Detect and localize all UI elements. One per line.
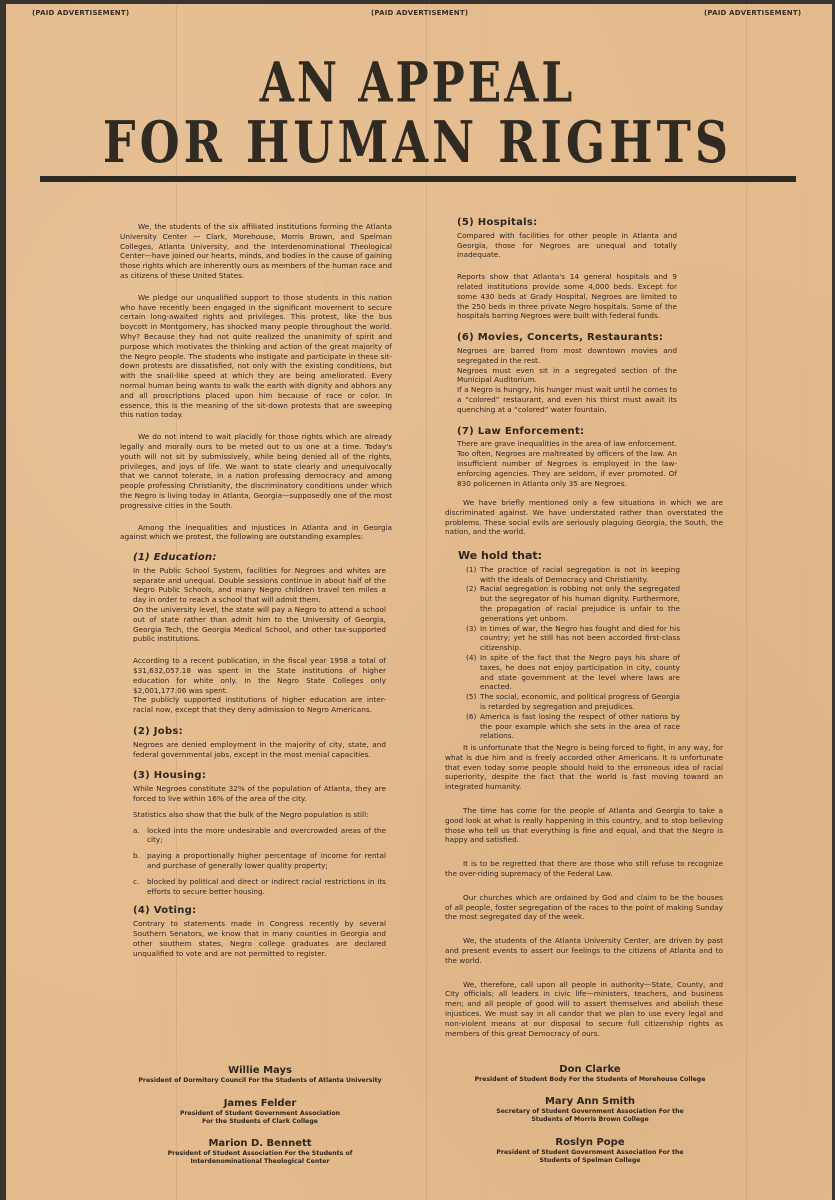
closing-block: It is unfortunate that the Negro is bein… [445, 743, 723, 1050]
grievances-right-column: (5) Hospitals: Compared with facilities … [457, 218, 677, 500]
section-paragraph: The publicly supported institutions of h… [133, 695, 386, 715]
we-hold-heading: We hold that: [458, 551, 680, 561]
signatory: James Felder President of Student Govern… [120, 1098, 400, 1126]
list-item: (3)In times of war, the Negro has fought… [466, 624, 680, 653]
signatory: Roslyn Pope President of Student Governm… [440, 1137, 740, 1165]
section-paragraph: On the university level, the state will … [133, 605, 386, 644]
section-heading: (7) Law Enforcement: [457, 427, 677, 437]
list-item: (5)The social, economic, and political p… [466, 692, 680, 712]
intro-paragraph: Among the inequalities and injustices in… [120, 523, 392, 543]
signatory: Don Clarke President of Student Body For… [440, 1064, 740, 1084]
list-item: b.paying a proportionally higher percent… [133, 851, 386, 871]
we-hold-list: (1)The practice of racial segregation is… [458, 565, 680, 741]
grievances-left-column: (1) Education: In the Public School Syst… [133, 553, 386, 970]
paid-advertisement-label: (PAID ADVERTISEMENT) [32, 9, 129, 17]
list-item: (4)In spite of the fact that the Negro p… [466, 653, 680, 692]
section-voting: (4) Voting: Contrary to statements made … [133, 906, 386, 958]
section-heading: (6) Movies, Concerts, Restaurants: [457, 333, 677, 343]
column-divider [746, 4, 747, 1200]
section-heading: (5) Hospitals: [457, 218, 677, 228]
section-heading: (2) Jobs: [133, 727, 386, 737]
section-paragraph: If a Negro is hungry, his hunger must wa… [457, 385, 677, 414]
section-heading: (3) Housing: [133, 771, 386, 781]
list-item: (6)America is fast losing the respect of… [466, 712, 680, 741]
section-housing: (3) Housing: While Negroes constitute 32… [133, 771, 386, 896]
list-item: (2)Racial segregation is robbing not onl… [466, 584, 680, 623]
headline-line-2: FOR HUMAN RIGHTS [0, 108, 835, 176]
list-item: c.blocked by political and direct or ind… [133, 877, 386, 897]
summary-paragraph: We have briefly mentioned only a few sit… [445, 498, 723, 537]
closing-paragraph: It is to be regretted that there are tho… [445, 859, 723, 879]
intro-paragraph: We, the students of the six affiliated i… [120, 222, 392, 281]
section-paragraph: According to a recent publication, in th… [133, 656, 386, 695]
section-heading: (1) Education: [133, 553, 386, 563]
intro-paragraph: We do not intend to wait placidly for th… [120, 432, 392, 510]
section-education: (1) Education: In the Public School Syst… [133, 553, 386, 715]
section-jobs: (2) Jobs: Negroes are denied employment … [133, 727, 386, 759]
section-paragraph: Negroes are denied employment in the maj… [133, 740, 386, 760]
list-item: a.locked into the more undesirable and o… [133, 826, 386, 846]
section-hospitals: (5) Hospitals: Compared with facilities … [457, 218, 677, 321]
intro-paragraph: We pledge our unqualified support to tho… [120, 293, 392, 420]
section-paragraph: While Negroes constitute 32% of the popu… [133, 784, 386, 804]
list-item: (1)The practice of racial segregation is… [466, 565, 680, 585]
summary-block: We have briefly mentioned only a few sit… [445, 498, 723, 549]
headline-line-1: AN APPEAL [0, 52, 835, 116]
section-paragraph: In the Public School System, facilities … [133, 566, 386, 605]
section-paragraph: Negroes must even sit in a segregated se… [457, 366, 677, 386]
section-heading: (4) Voting: [133, 906, 386, 916]
section-paragraph: Reports show that Atlanta's 14 general h… [457, 272, 677, 321]
section-paragraph: There are grave inequalities in the area… [457, 439, 677, 488]
intro-column: We, the students of the six affiliated i… [120, 222, 392, 554]
closing-paragraph: We, the students of the Atlanta Universi… [445, 936, 723, 965]
paid-advertisement-label: (PAID ADVERTISEMENT) [371, 9, 468, 17]
closing-paragraph: It is unfortunate that the Negro is bein… [445, 743, 723, 792]
signatory: Mary Ann Smith Secretary of Student Gove… [440, 1096, 740, 1124]
closing-paragraph: The time has come for the people of Atla… [445, 806, 723, 845]
closing-paragraph: We, therefore, call upon all people in a… [445, 980, 723, 1039]
paid-advertisement-label: (PAID ADVERTISEMENT) [704, 9, 801, 17]
section-paragraph: Negroes are barred from most downtown mo… [457, 346, 677, 366]
column-divider [426, 4, 427, 1200]
section-law-enforcement: (7) Law Enforcement: There are grave ine… [457, 427, 677, 489]
section-paragraph: Statistics also show that the bulk of th… [133, 810, 386, 820]
section-paragraph: Compared with facilities for other peopl… [457, 231, 677, 260]
signatory: Willie Mays President of Dormitory Counc… [120, 1065, 400, 1085]
we-hold-that-block: We hold that: (1)The practice of racial … [458, 551, 680, 741]
housing-list: a.locked into the more undesirable and o… [133, 826, 386, 897]
signatory: Marion D. Bennett President of Student A… [120, 1138, 400, 1166]
closing-paragraph: Our churches which are ordained by God a… [445, 893, 723, 922]
section-paragraph: Contrary to statements made in Congress … [133, 919, 386, 958]
headline-rule [40, 176, 796, 182]
section-movies: (6) Movies, Concerts, Restaurants: Negro… [457, 333, 677, 414]
